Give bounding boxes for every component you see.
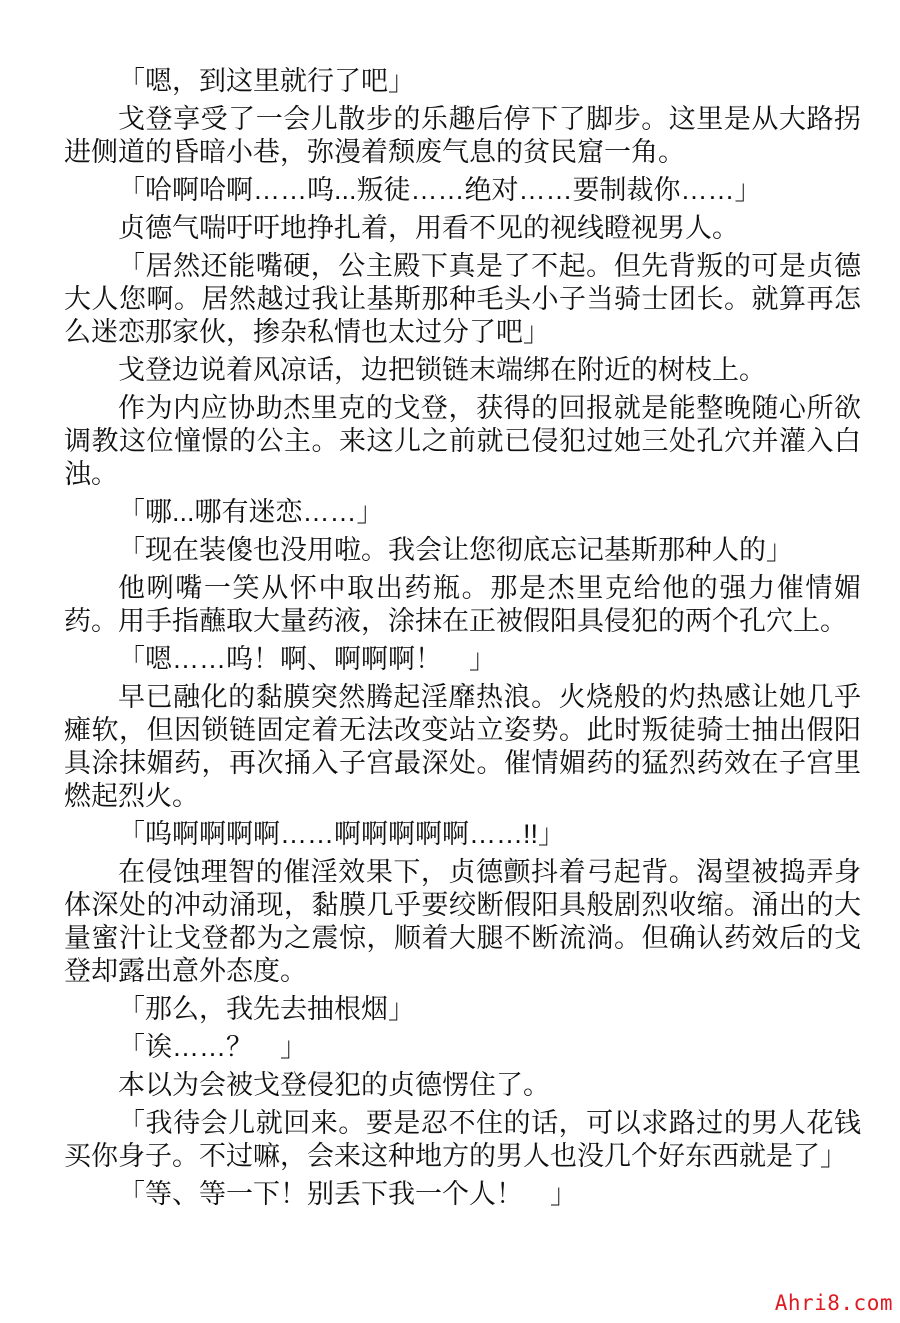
- paragraph: 「居然还能嘴硬，公主殿下真是了不起。但先背叛的可是贞德大人您啊。居然越过我让基斯…: [64, 250, 861, 349]
- paragraph: 「现在装傻也没用啦。我会让您彻底忘记基斯那种人的」: [64, 534, 861, 567]
- paragraph: 在侵蚀理智的催淫效果下，贞德颤抖着弓起背。渴望被捣弄身体深处的冲动涌现，黏膜几乎…: [64, 856, 861, 988]
- paragraph: 「哈啊哈啊……呜...叛徒……绝对……要制裁你……」: [64, 174, 861, 207]
- paragraph: 「嗯，到这里就行了吧」: [64, 65, 861, 98]
- paragraph: 「哪...哪有迷恋……」: [64, 496, 861, 529]
- novel-page-text: 「嗯，到这里就行了吧」 戈登享受了一会儿散步的乐趣后停下了脚步。这里是从大路拐进…: [64, 65, 861, 1216]
- site-watermark: Ahri8.com: [775, 1291, 893, 1315]
- paragraph: 「那么，我先去抽根烟」: [64, 993, 861, 1026]
- paragraph: 「呜啊啊啊啊……啊啊啊啊啊……!!」: [64, 818, 861, 851]
- paragraph: 早已融化的黏膜突然腾起淫靡热浪。火烧般的灼热感让她几乎瘫软，但因锁链固定着无法改…: [64, 681, 861, 813]
- paragraph: 戈登边说着风凉话，边把锁链末端绑在附近的树枝上。: [64, 354, 861, 387]
- paragraph: 「我待会儿就回来。要是忍不住的话，可以求路过的男人花钱买你身子。不过嘛，会来这种…: [64, 1107, 861, 1173]
- paragraph: 戈登享受了一会儿散步的乐趣后停下了脚步。这里是从大路拐进侧道的昏暗小巷，弥漫着颓…: [64, 103, 861, 169]
- paragraph: 贞德气喘吁吁地挣扎着，用看不见的视线瞪视男人。: [64, 212, 861, 245]
- paragraph: 他咧嘴一笑从怀中取出药瓶。那是杰里克给他的强力催情媚药。用手指蘸取大量药液，涂抹…: [64, 572, 861, 638]
- paragraph: 「等、等一下！别丢下我一个人！ 」: [64, 1178, 861, 1211]
- paragraph: 本以为会被戈登侵犯的贞德愣住了。: [64, 1069, 861, 1102]
- paragraph: 「诶……？ 」: [64, 1031, 861, 1064]
- paragraph: 「嗯……呜！啊、啊啊啊！ 」: [64, 643, 861, 676]
- paragraph: 作为内应协助杰里克的戈登，获得的回报就是能整晚随心所欲调教这位憧憬的公主。来这儿…: [64, 392, 861, 491]
